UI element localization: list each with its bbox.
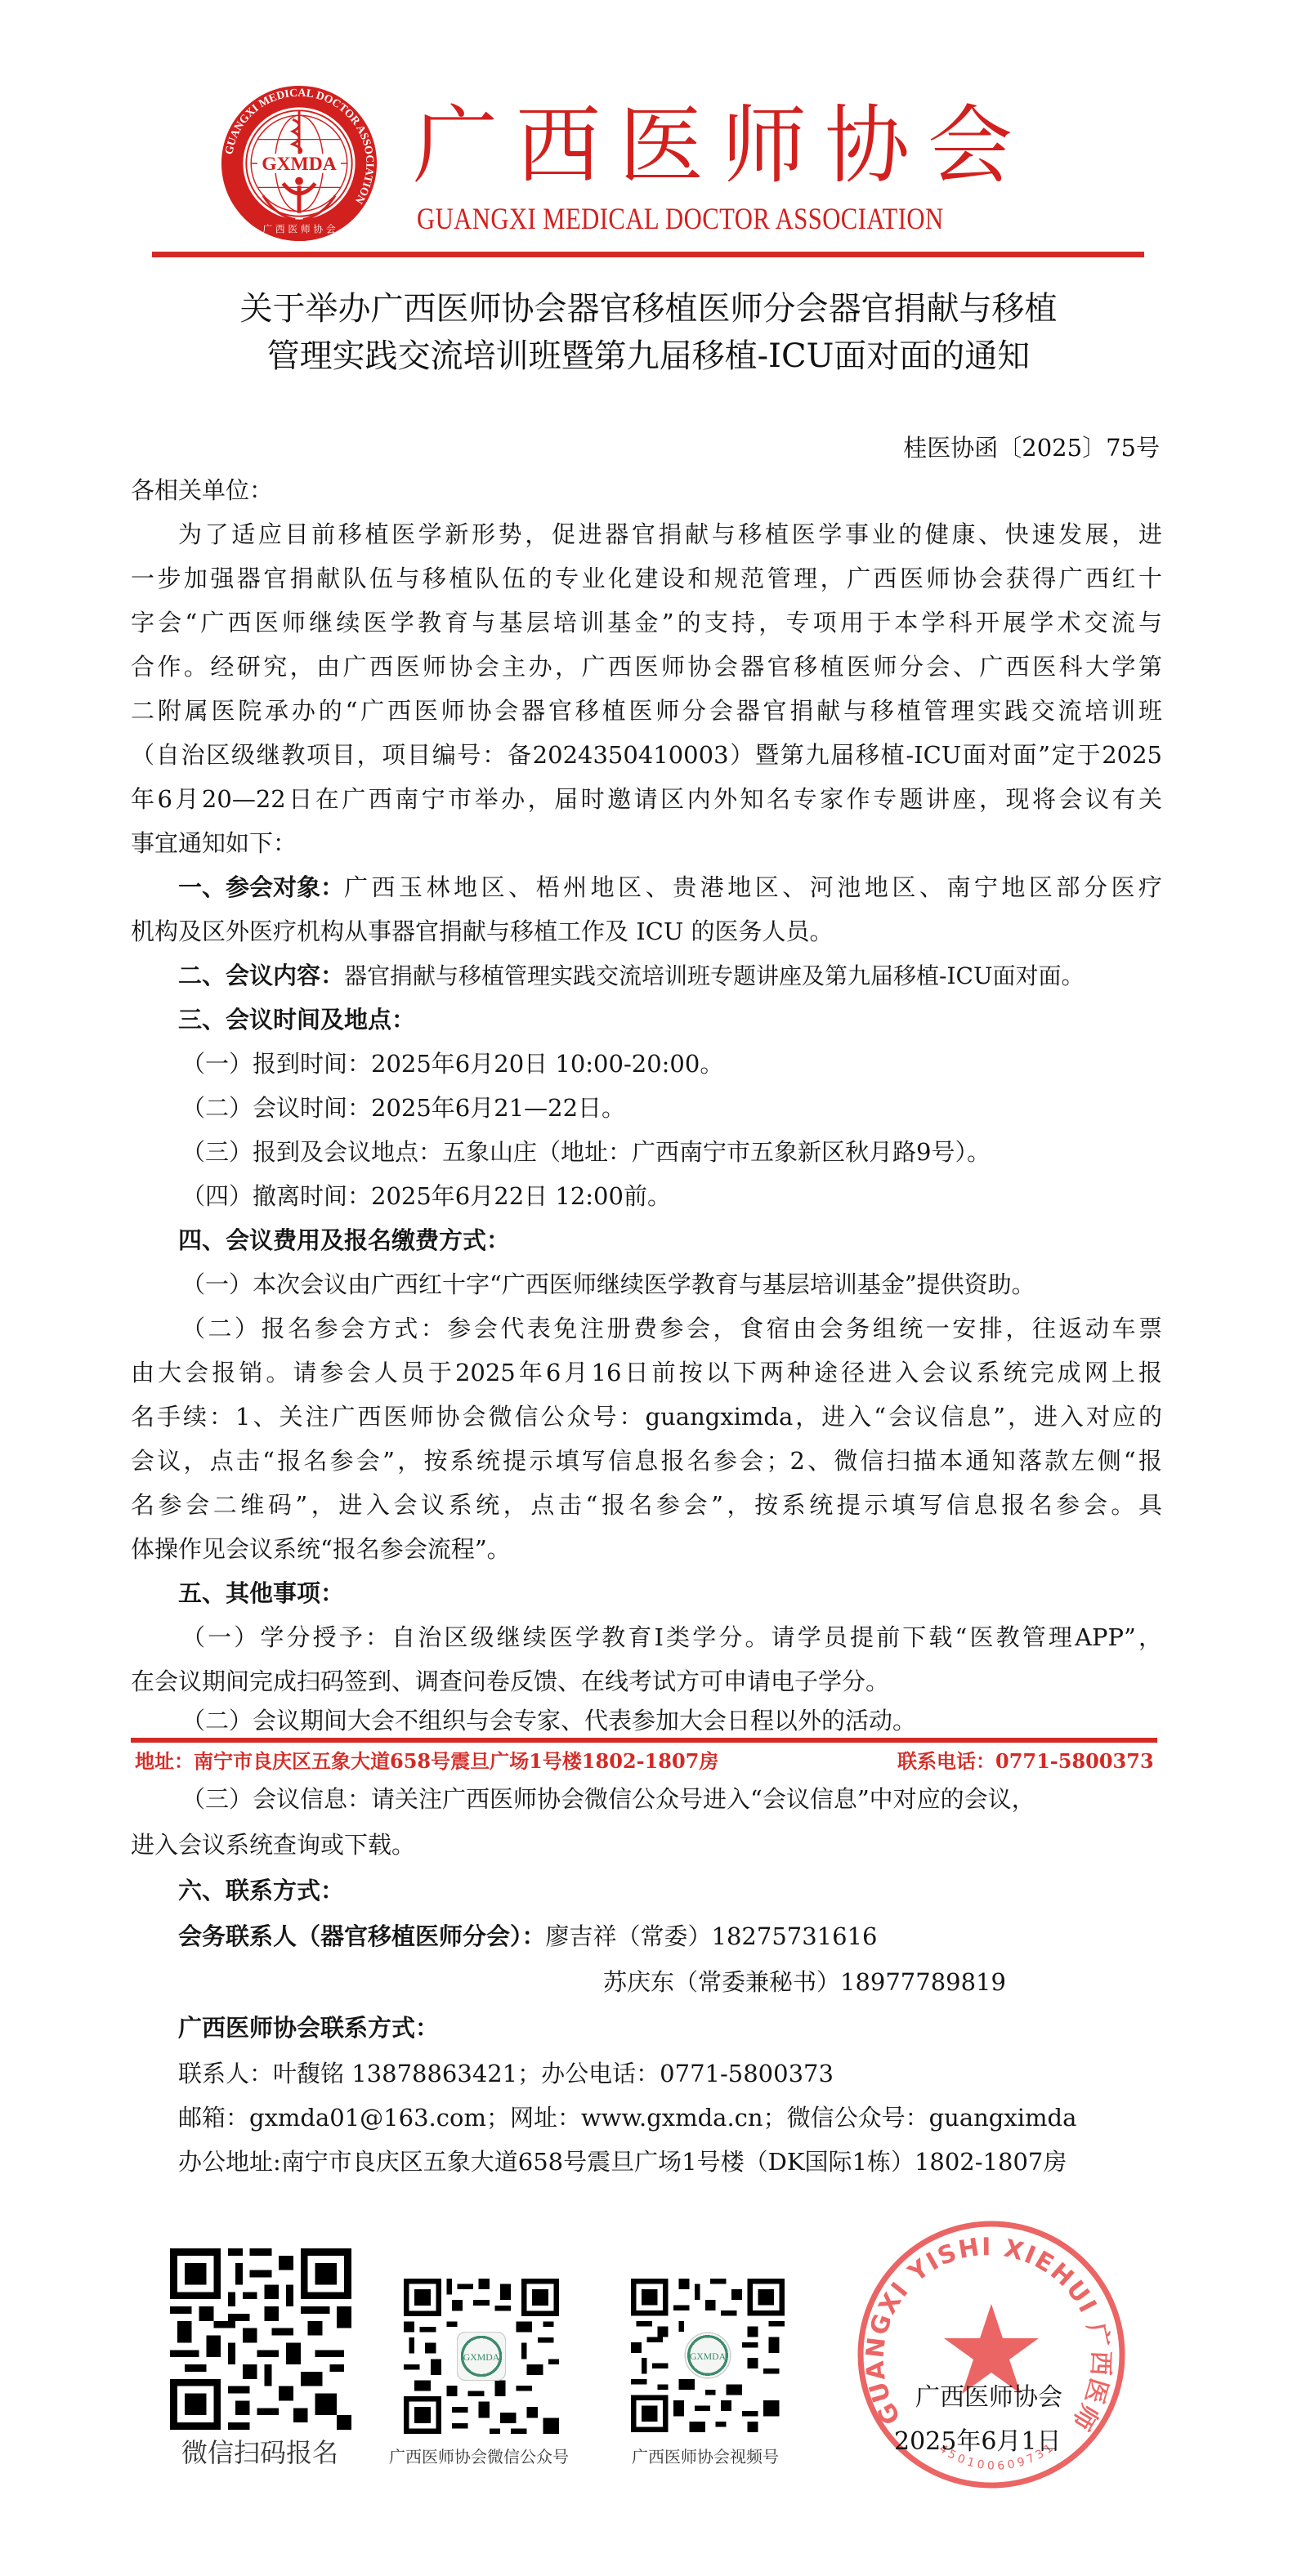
- header-divider: [152, 252, 1144, 257]
- org-name-cn: 广西医师协会: [413, 96, 1067, 194]
- document-title-line-2: 管理实践交流培训班暨第九届移植-ICU面对面的通知: [0, 335, 1297, 377]
- paragraph-line: （自治区级继教项目，项目编号：备2024350410003）暨第九届移植-ICU…: [131, 739, 1162, 771]
- salutation: 各相关单位：: [131, 474, 273, 507]
- svg-text:GXMDA: GXMDA: [262, 154, 336, 175]
- footer-address: 地址：南宁市良庆区五象大道658号震旦广场1号楼1802-1807房: [135, 1748, 718, 1775]
- paragraph-line: 合作。经研究，由广西医师协会主办，广西医师协会器官移植医师分会、广西医科大学第: [131, 650, 1162, 683]
- footer-divider: [131, 1738, 1157, 1743]
- section-heading: 一、参会对象：: [178, 871, 344, 904]
- section-text: 器官捐献与移植管理实践交流培训班专题讲座及第九届移植-ICU面对面。: [344, 962, 1085, 989]
- section-heading-other: 五、其他事项：: [178, 1577, 344, 1609]
- document-title-line-1: 关于举办广西医师协会器官移植医师分会器官捐献与移植: [0, 288, 1297, 330]
- assoc-contact-heading: 广西医师协会联系方式：: [178, 2011, 439, 2044]
- signature-date: 2025年6月1日: [894, 2426, 1062, 2458]
- meeting-contact: 廖吉祥（常委）18275731616: [546, 1922, 878, 1950]
- qr-code-icon[interactable]: GXMDA: [631, 2279, 785, 2432]
- org-name-en: GUANGXI MEDICAL DOCTOR ASSOCIATION: [417, 202, 956, 238]
- qr-label-register: 微信扫码报名: [181, 2436, 338, 2469]
- section-heading-time-place: 三、会议时间及地点：: [178, 1003, 415, 1036]
- list-item: （二）会议期间大会不组织与会专家、代表参加大会日程以外的活动。: [181, 1704, 916, 1737]
- section-heading: 二、会议内容：: [178, 962, 344, 989]
- paragraph-line: （三）会议信息：请关注广西医师协会微信公众号进入“会议信息”中对应的会议，: [181, 1783, 1035, 1815]
- assoc-address: 办公地址:南宁市良庆区五象大道658号震旦广场1号楼（DK国际1栋）1802-1…: [178, 2145, 1067, 2178]
- list-item: （三）报到及会议地点：五象山庄（地址：广西南宁市五象新区秋月路9号）。: [181, 1136, 991, 1168]
- association-logo-icon: GXMDA GUANGXI MEDICAL DOCTOR ASSOCIATION…: [219, 83, 379, 243]
- assoc-contact-person: 联系人：叶馥铭 13878863421；办公电话：0771-5800373: [178, 2057, 834, 2090]
- list-item: （一）报到时间：2025年6月20日 10:00-20:00。: [181, 1047, 723, 1080]
- assoc-email-web: 邮箱：gxmda01@163.com；网址：www.gxmda.cn；微信公众号…: [178, 2101, 1076, 2134]
- section-text: 广西玉林地区、梧州地区、贵港地区、河池地区、南宁地区部分医疗: [344, 871, 1162, 904]
- paragraph-line: 年6月20—22日在广西南宁市举办，届时邀请区内外知名专家作专题讲座，现将会议有…: [131, 783, 1162, 815]
- paragraph-line: 由大会报销。请参会人员于2025年6月16日前按以下两种途径进入会议系统完成网上…: [131, 1356, 1162, 1389]
- paragraph-line: 进入会议系统查询或下载。: [131, 1828, 415, 1861]
- qr-code-icon[interactable]: GXMDA: [404, 2279, 559, 2434]
- list-item: （四）撤离时间：2025年6月22日 12:00前。: [181, 1180, 671, 1212]
- paragraph-line: 体操作见会议系统“报名参会流程”。: [131, 1533, 511, 1565]
- qr-label-video-account: 广西医师协会视频号: [632, 2445, 779, 2468]
- paragraph-line: 字会“广西医师继续医学教育与基层培训基金”的支持，专项用于本学科开展学术交流与: [131, 606, 1162, 639]
- paragraph-line: （一）学分授予：自治区级继续医学教育Ⅰ类学分。请学员提前下载“医教管理APP”，: [181, 1621, 1162, 1654]
- paragraph-line: 事宜通知如下：: [131, 827, 297, 859]
- svg-text:GXMDA: GXMDA: [463, 2351, 500, 2363]
- footer-phone: 联系电话：0771-5800373: [897, 1748, 1154, 1775]
- signature-org: 广西医师协会: [915, 2382, 1062, 2413]
- paragraph-line: 二附属医院承办的“广西医师协会器官移植医师分会器官捐献与移植管理实践交流培训班: [131, 694, 1162, 727]
- svg-text:GXMDA: GXMDA: [690, 2351, 727, 2362]
- paragraph-line: 名参会二维码”，进入会议系统，点击“报名参会”，按系统提示填写信息报名参会。具: [131, 1489, 1162, 1521]
- paragraph-line: 名手续：1、关注广西医师协会微信公众号：guangximda，进入“会议信息”，…: [131, 1400, 1162, 1433]
- list-item: （一）本次会议由广西红十字“广西医师继续医学教育与基层培训基金”提供资助。: [181, 1268, 1035, 1301]
- svg-text:广 西 医 师 协 会: 广 西 医 师 协 会: [262, 223, 335, 234]
- section-text: 机构及区外医疗机构从事器官捐献与移植工作及 ICU 的医务人员。: [131, 915, 834, 948]
- paragraph-line: 会议，点击“报名参会”，按系统提示填写信息报名参会；2、微信扫描本通知落款左侧“…: [131, 1444, 1162, 1477]
- paragraph-line: 一步加强器官捐献队伍与移植队伍的专业化建设和规范管理，广西医师协会获得广西红十: [131, 562, 1162, 595]
- paragraph-line: 在会议期间完成扫码签到、调查问卷反馈、在线考试方可申请电子学分。: [131, 1665, 889, 1698]
- paragraph-line: （二）报名参会方式：参会代表免注册费参会，食宿由会务组统一安排，往返动车票: [181, 1312, 1162, 1345]
- meeting-contact-label: 会务联系人（器官移植医师分会）：: [178, 1922, 546, 1950]
- section-content: 二、会议内容：器官捐献与移植管理实践交流培训班专题讲座及第九届移植-ICU面对面…: [178, 959, 1085, 993]
- qr-code-icon[interactable]: [170, 2248, 351, 2430]
- qr-label-wechat-account: 广西医师协会微信公众号: [389, 2445, 569, 2468]
- list-item: （二）会议时间：2025年6月21—22日。: [181, 1092, 625, 1124]
- paragraph-line: 为了适应目前移植医学新形势，促进器官捐献与移植医学事业的健康、快速发展，进: [178, 518, 1162, 551]
- section-heading-fees: 四、会议费用及报名缴费方式：: [178, 1224, 510, 1257]
- document-number: 桂医协函〔2025〕75号: [903, 431, 1160, 464]
- section-heading-contact: 六、联系方式：: [178, 1874, 344, 1907]
- meeting-contact: 苏庆东（常委兼秘书）18977789819: [603, 1966, 1006, 1998]
